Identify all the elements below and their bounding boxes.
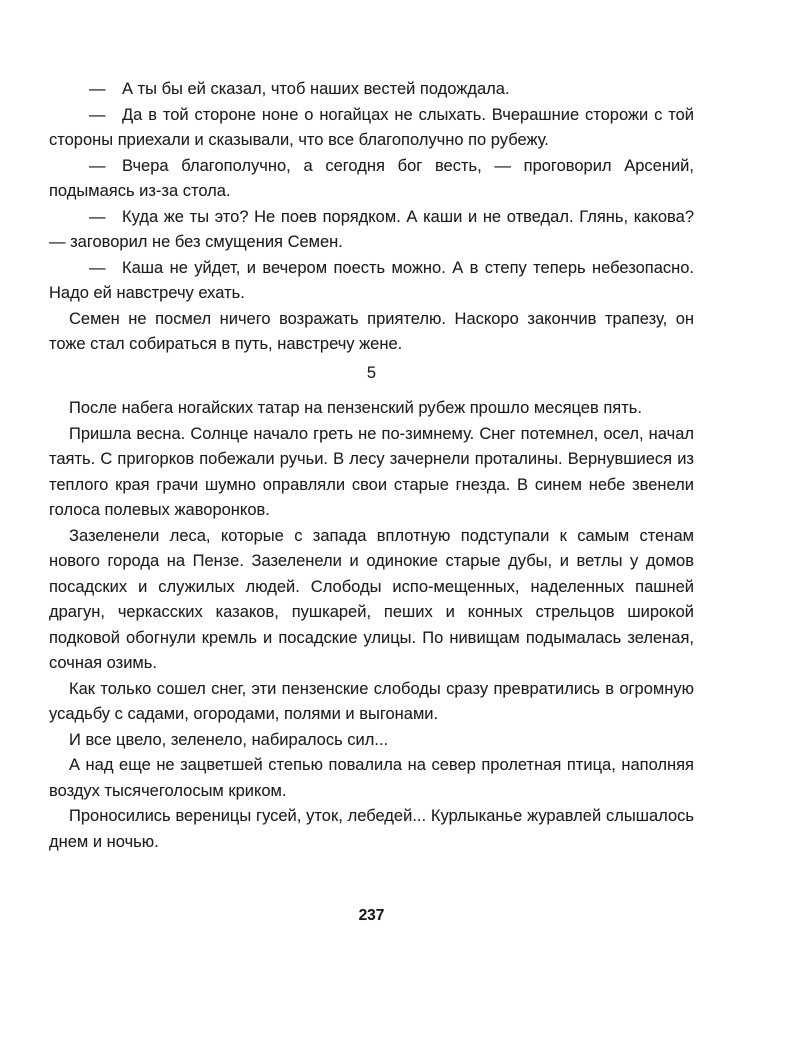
- book-page: — А ты бы ей сказал, чтоб наших вестей п…: [0, 0, 800, 1040]
- paragraph: Как только сошел снег, эти пензенские сл…: [49, 677, 694, 728]
- dialogue-paragraph: — Каша не уйдет, и вечером поесть можно.…: [49, 256, 694, 307]
- paragraph: Проносились вереницы гусей, уток, лебеде…: [49, 804, 694, 855]
- paragraph: После набега ногайских татар на пензенск…: [49, 396, 694, 422]
- section-number: 5: [49, 361, 694, 387]
- paragraph: Семен не посмел ничего возражать приятел…: [49, 307, 694, 358]
- paragraph: Зазеленели леса, которые с запада вплотн…: [49, 524, 694, 677]
- paragraph: И все цвело, зеленело, набиралось сил...: [49, 728, 694, 754]
- page-number: 237: [49, 907, 694, 925]
- text-block: — А ты бы ей сказал, чтоб наших вестей п…: [49, 77, 694, 855]
- paragraph: Пришла весна. Солнце начало греть не по-…: [49, 422, 694, 524]
- dialogue-paragraph: — Вчера благополучно, а сегодня бог вест…: [49, 154, 694, 205]
- dialogue-paragraph: — Да в той стороне ноне о ногайцах не сл…: [49, 103, 694, 154]
- dialogue-paragraph: — Куда же ты это? Не поев порядком. А ка…: [49, 205, 694, 256]
- dialogue-paragraph: — А ты бы ей сказал, чтоб наших вестей п…: [49, 77, 694, 103]
- paragraph: А над еще не зацветшей степью повалила н…: [49, 753, 694, 804]
